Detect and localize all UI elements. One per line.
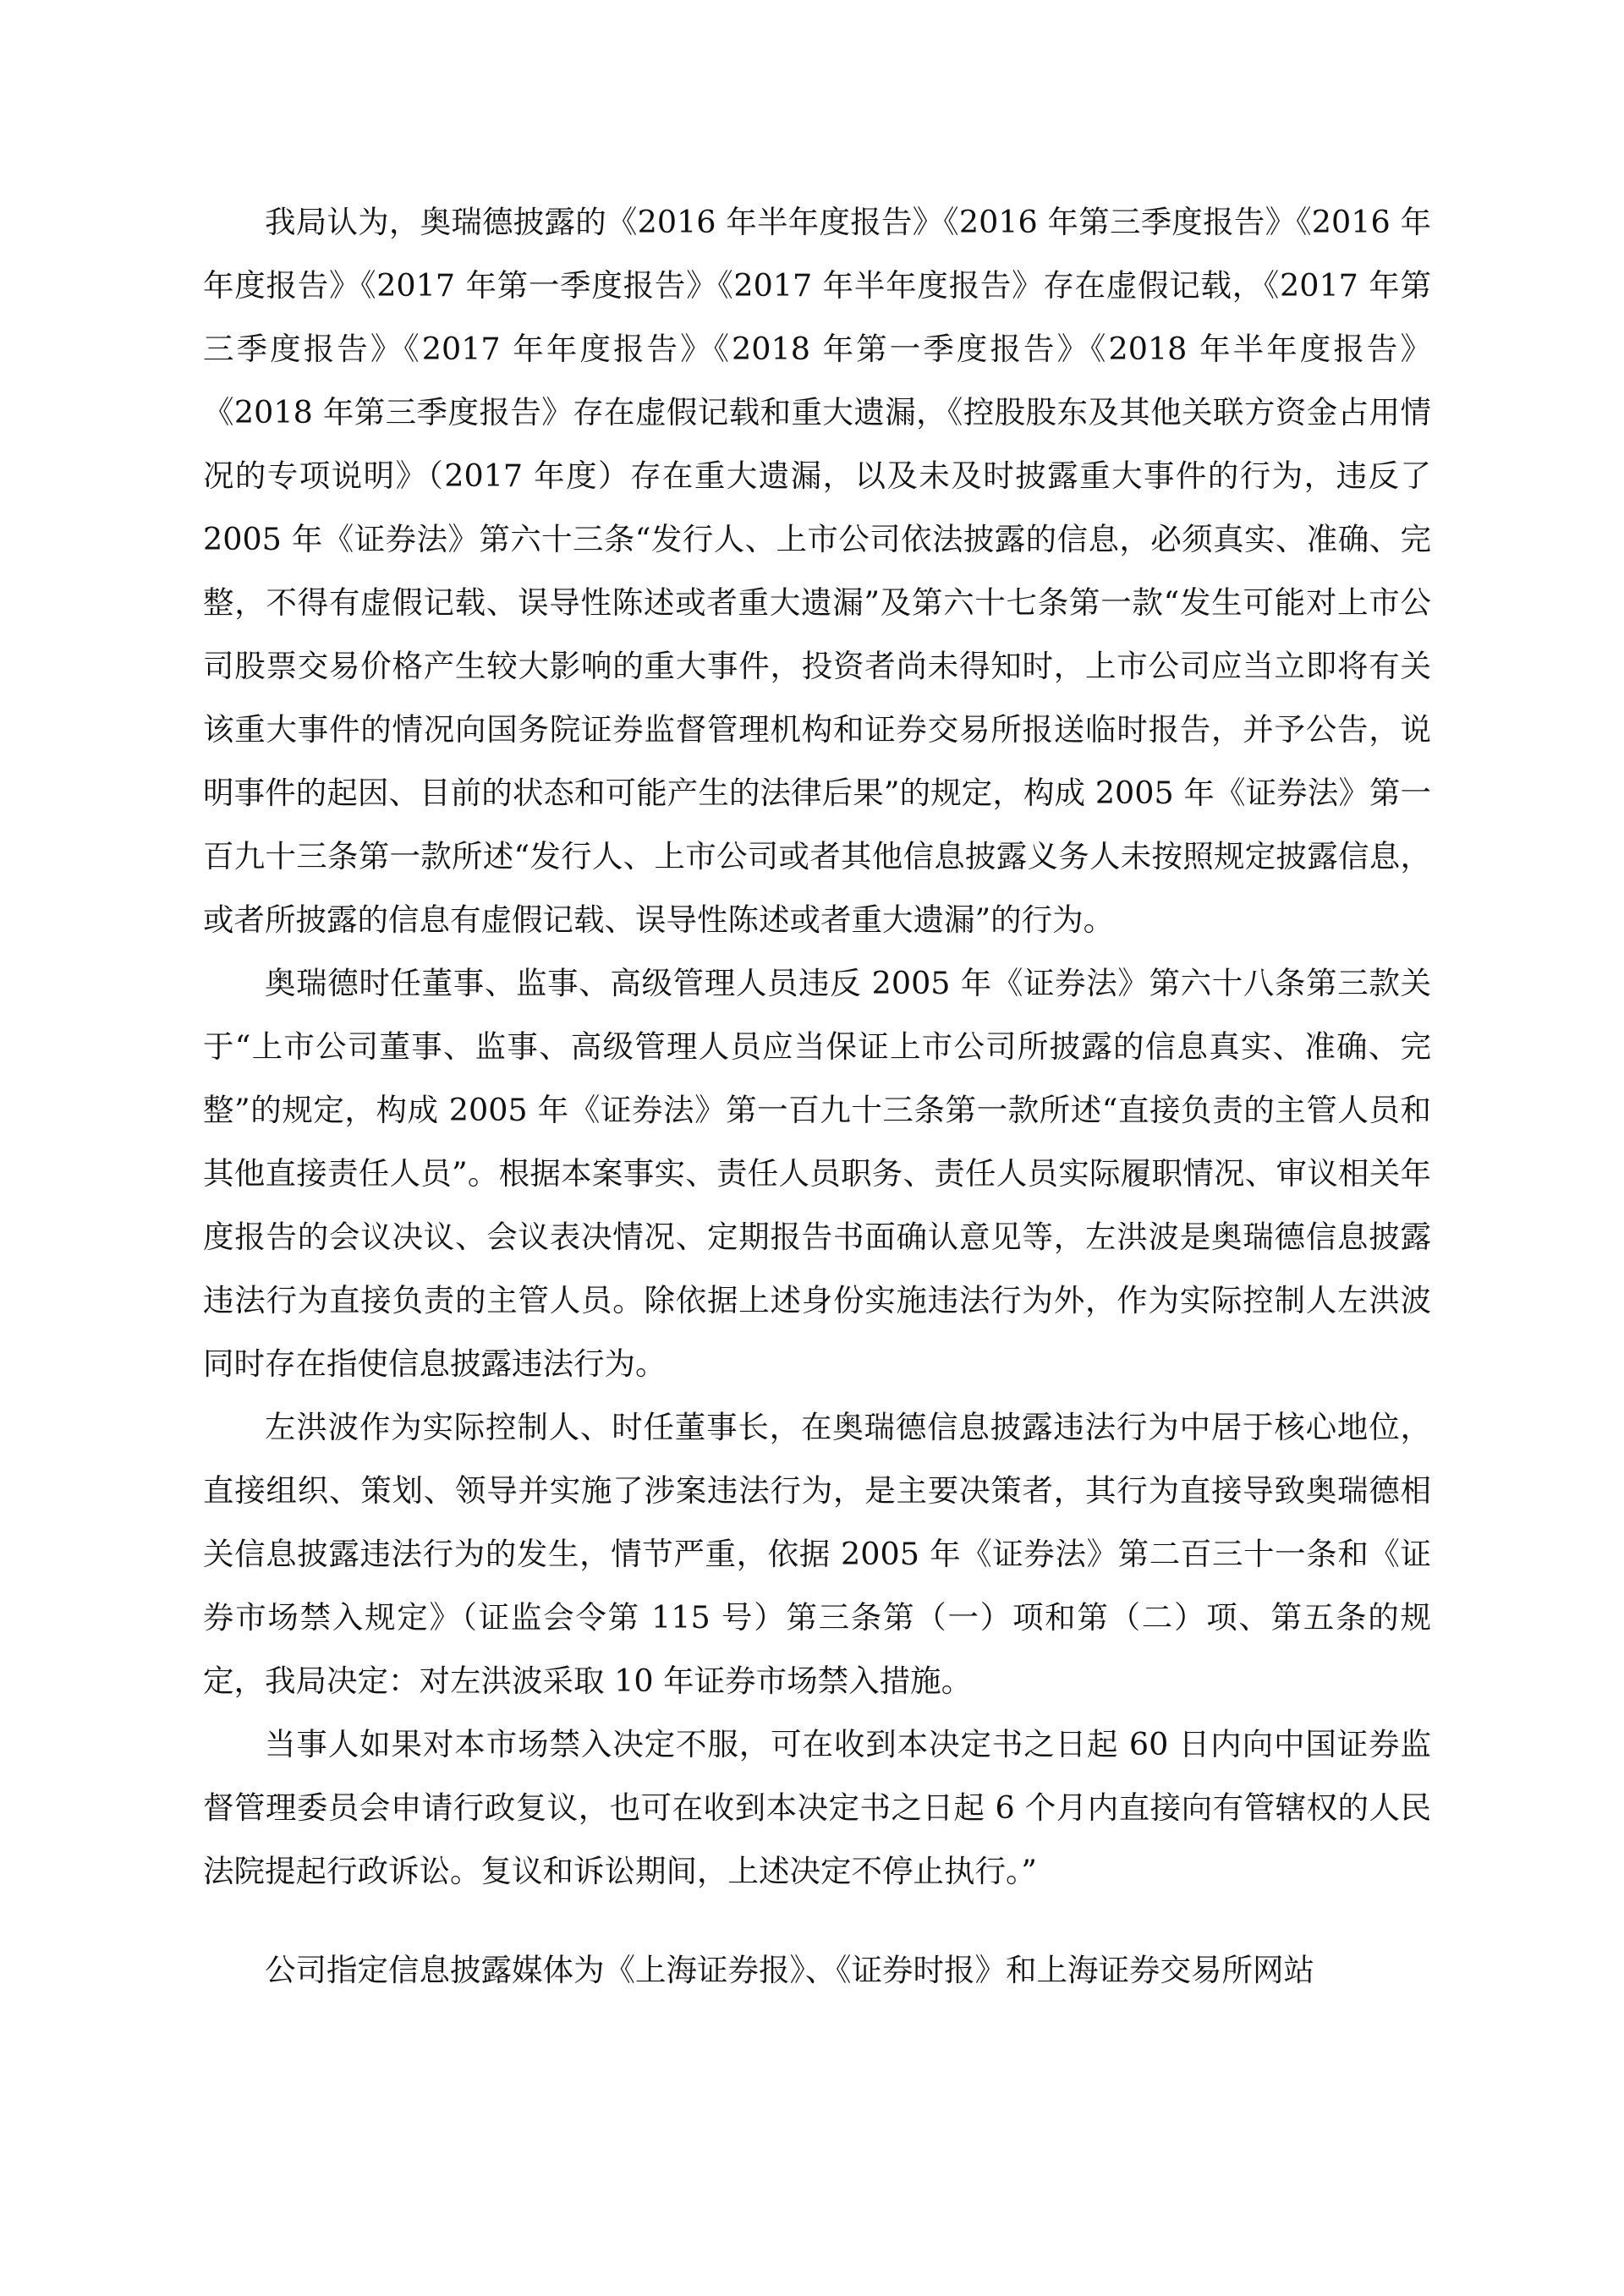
paragraph-market-ban-decision: 左洪波作为实际控制人、时任董事长，在奥瑞德信息披露违法行为中居于核心地位，直接组… [203,1395,1431,1712]
paragraph-appeal-rights: 当事人如果对本市场禁入决定不服，可在收到本决定书之日起 60 日内向中国证券监督… [203,1712,1431,1903]
paragraph-responsible-persons: 奥瑞德时任董事、监事、高级管理人员违反 2005 年《证券法》第六十八条第三款关… [203,951,1431,1395]
document-page: 我局认为，奥瑞德披露的《2016 年半年度报告》《2016 年第三季度报告》《2… [203,190,1431,2002]
paragraph-violation-finding: 我局认为，奥瑞德披露的《2016 年半年度报告》《2016 年第三季度报告》《2… [203,190,1431,951]
paragraph-disclosure-media: 公司指定信息披露媒体为《上海证券报》、《证券时报》和上海证券交易所网站 [203,1938,1431,2002]
